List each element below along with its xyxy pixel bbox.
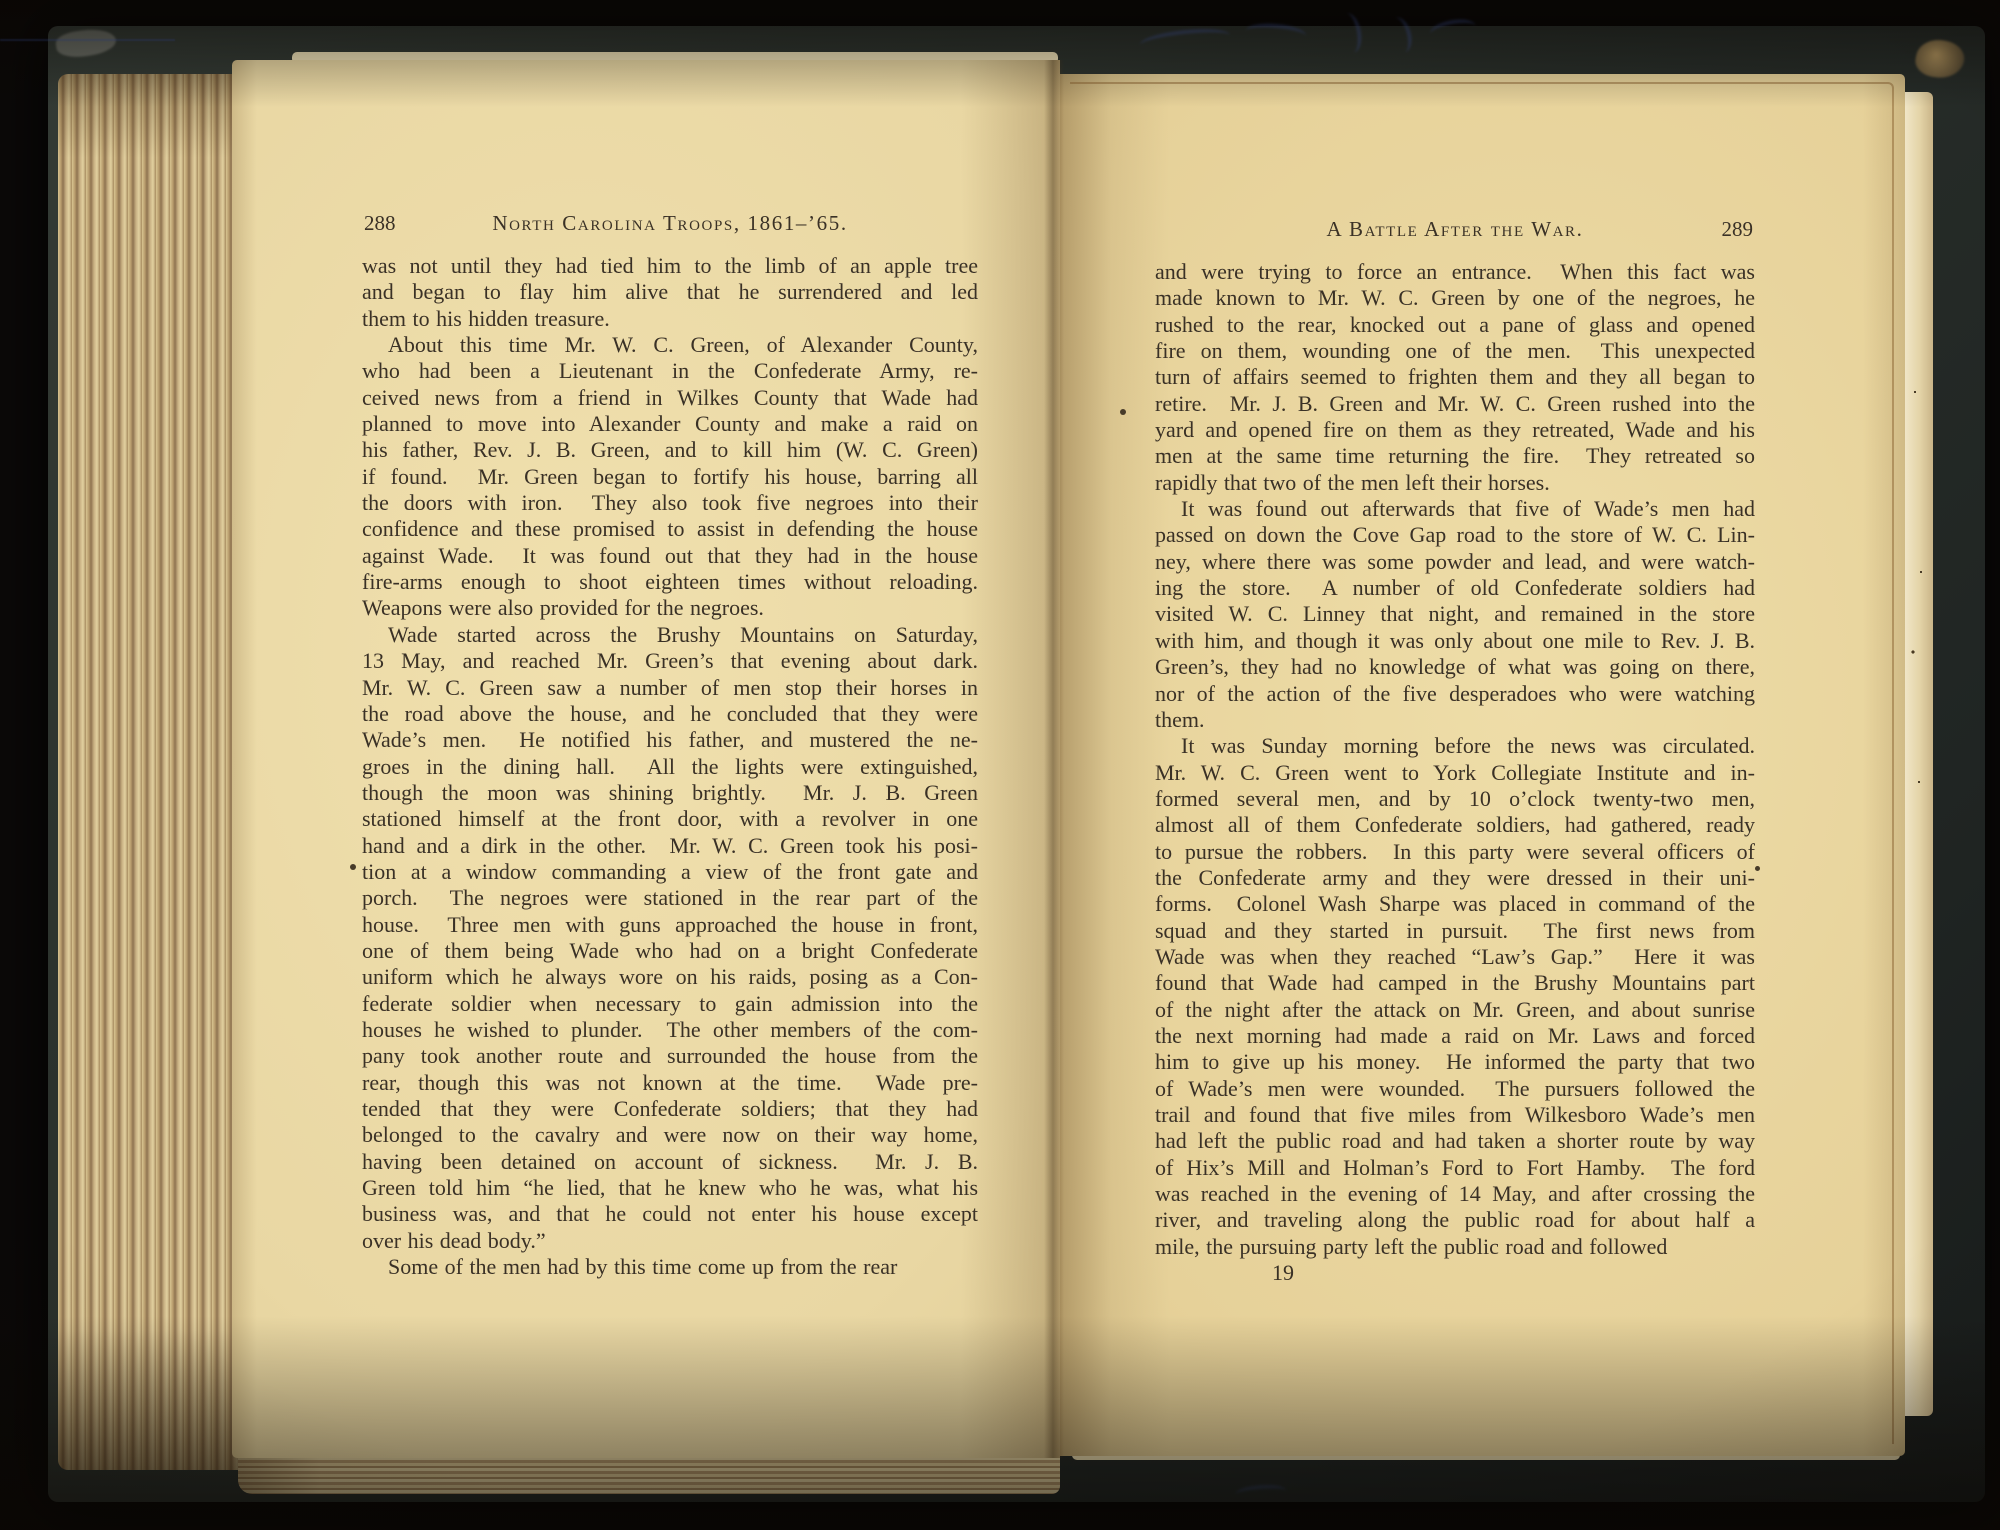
text-line: pany took another route and surrounded t…	[362, 1043, 978, 1069]
left-header-title: North Carolina Troops, 1861–’65.	[492, 211, 847, 235]
text-line: passed on down the Cove Gap road to the …	[1155, 522, 1755, 548]
left-page-text: 288 North Carolina Troops, 1861–’65. was…	[362, 210, 978, 1280]
text-line: federate soldier when necessary to gain …	[362, 991, 978, 1017]
text-line: the Confederate army and they were dress…	[1155, 865, 1755, 891]
ink-speck	[1755, 866, 1760, 871]
text-line: yard and opened fire on them as they ret…	[1155, 417, 1755, 443]
text-line: hand and a dirk in the other. Mr. W. C. …	[362, 833, 978, 859]
text-line: rear, though this was not known at the t…	[362, 1070, 978, 1096]
text-line: Some of the men had by this time come up…	[362, 1254, 978, 1280]
text-line: tended that they were Confederate soldie…	[362, 1096, 978, 1122]
text-line: one of them being Wade who had on a brig…	[362, 938, 978, 964]
text-line: with him, and though it was only about o…	[1155, 628, 1755, 654]
text-line: rapidly that two of the men left their h…	[1155, 470, 1755, 496]
text-line: found that Wade had camped in the Brushy…	[1155, 970, 1755, 996]
text-line: them.	[1155, 707, 1755, 733]
text-line: Mr. W. C. Green went to York Collegiate …	[1155, 760, 1755, 786]
text-line: confidence and these promised to assist …	[362, 516, 978, 542]
left-page-number: 288	[364, 210, 396, 236]
text-line: to pursue the robbers. In this party wer…	[1155, 839, 1755, 865]
ink-speck	[350, 864, 356, 870]
signature-mark: 19	[1155, 1260, 1755, 1286]
left-running-head: 288 North Carolina Troops, 1861–’65.	[362, 210, 978, 236]
text-line: of Wade’s men were wounded. The pursuers…	[1155, 1076, 1755, 1102]
left-page-body: was not until they had tied him to the l…	[362, 253, 978, 1280]
text-line: men at the same time returning the fire.…	[1155, 443, 1755, 469]
text-line: It was Sunday morning before the news wa…	[1155, 733, 1755, 759]
text-line: Weapons were also provided for the negro…	[362, 595, 978, 621]
text-line: Green’s, they had no knowledge of what w…	[1155, 654, 1755, 680]
text-line: tion at a window commanding a view of th…	[362, 859, 978, 885]
text-line: Mr. W. C. Green saw a number of men stop…	[362, 675, 978, 701]
text-line: was reached in the evening of 14 May, an…	[1155, 1181, 1755, 1207]
text-line: business was, and that he could not ente…	[362, 1201, 978, 1227]
text-line: river, and traveling along the public ro…	[1155, 1207, 1755, 1233]
right-page-text: A Battle After the War. 289 and were try…	[1155, 216, 1755, 1286]
text-line: the next morning had made a raid on Mr. …	[1155, 1023, 1755, 1049]
text-line: stationed himself at the front door, wit…	[362, 806, 978, 832]
text-line: ceived news from a friend in Wilkes Coun…	[362, 385, 978, 411]
text-line: squad and they started in pursuit. The f…	[1155, 918, 1755, 944]
book-photo: 288 North Carolina Troops, 1861–’65. was…	[0, 0, 2000, 1530]
text-line: against Wade. It was found out that they…	[362, 543, 978, 569]
text-line: Wade was when they reached “Law’s Gap.” …	[1155, 944, 1755, 970]
text-line: visited W. C. Linney that night, and rem…	[1155, 601, 1755, 627]
text-line: ing the store. A number of old Confedera…	[1155, 575, 1755, 601]
text-line: over his dead body.”	[362, 1228, 978, 1254]
text-line: turn of affairs seemed to frighten them …	[1155, 364, 1755, 390]
text-line: About this time Mr. W. C. Green, of Alex…	[362, 332, 978, 358]
page-edges-right	[1903, 92, 1933, 1416]
text-line: made known to Mr. W. C. Green by one of …	[1155, 285, 1755, 311]
text-line: Green told him “he lied, that he knew wh…	[362, 1175, 978, 1201]
text-line: houses he wished to plunder. The other m…	[362, 1017, 978, 1043]
page-edges-bottom	[238, 1452, 1060, 1494]
right-header-title: A Battle After the War.	[1327, 217, 1584, 241]
text-line: almost all of them Confederate soldiers,…	[1155, 812, 1755, 838]
text-line: porch. The negroes were stationed in the…	[362, 885, 978, 911]
blue-mark-top-left	[0, 39, 175, 41]
text-line: fire-arms enough to shoot eighteen times…	[362, 569, 978, 595]
text-line: planned to move into Alexander County an…	[362, 411, 978, 437]
text-line: house. Three men with guns approached th…	[362, 912, 978, 938]
text-line: and were trying to force an entrance. Wh…	[1155, 259, 1755, 285]
text-line: was not until they had tied him to the l…	[362, 253, 978, 279]
book-gutter-shadow	[1044, 60, 1064, 1458]
text-line: though the moon was shining brightly. Mr…	[362, 780, 978, 806]
text-line: who had been a Lieutenant in the Confede…	[362, 358, 978, 384]
text-line: fire on them, wounding one of the men. T…	[1155, 338, 1755, 364]
text-line: forms. Colonel Wash Sharpe was placed in…	[1155, 891, 1755, 917]
text-line: mile, the pursuing party left the public…	[1155, 1234, 1755, 1260]
page-edges-left	[58, 74, 240, 1470]
text-line: and began to flay him alive that he surr…	[362, 279, 978, 305]
text-line: them to his hidden treasure.	[362, 306, 978, 332]
text-line: It was found out afterwards that five of…	[1155, 496, 1755, 522]
text-line: had left the public road and had taken a…	[1155, 1128, 1755, 1154]
text-line: belonged to the cavalry and were now on …	[362, 1122, 978, 1148]
text-line: the doors with iron. They also took five…	[362, 490, 978, 516]
ink-speck	[1120, 409, 1126, 415]
text-line: formed several men, and by 10 o’clock tw…	[1155, 786, 1755, 812]
right-page-body: and were trying to force an entrance. Wh…	[1155, 259, 1755, 1260]
text-line: of Hix’s Mill and Holman’s Ford to Fort …	[1155, 1155, 1755, 1181]
text-line: uniform which he always wore on his raid…	[362, 964, 978, 990]
text-line: of the night after the attack on Mr. Gre…	[1155, 997, 1755, 1023]
text-line: retire. Mr. J. B. Green and Mr. W. C. Gr…	[1155, 391, 1755, 417]
right-page-number: 289	[1722, 216, 1754, 242]
text-line: nor of the action of the five desperadoe…	[1155, 681, 1755, 707]
text-line: his father, Rev. J. B. Green, and to kil…	[362, 437, 978, 463]
text-line: ney, where there was some powder and lea…	[1155, 549, 1755, 575]
right-running-head: A Battle After the War. 289	[1155, 216, 1755, 242]
text-line: if found. Mr. Green began to fortify his…	[362, 464, 978, 490]
text-line: trail and found that five miles from Wil…	[1155, 1102, 1755, 1128]
text-line: groes in the dining hall. All the lights…	[362, 754, 978, 780]
text-line: 13 May, and reached Mr. Green’s that eve…	[362, 648, 978, 674]
text-line: Wade’s men. He notified his father, and …	[362, 727, 978, 753]
text-line: having been detained on account of sickn…	[362, 1149, 978, 1175]
text-line: rushed to the rear, knocked out a pane o…	[1155, 312, 1755, 338]
text-line: the road above the house, and he conclud…	[362, 701, 978, 727]
text-line: him to give up his money. He informed th…	[1155, 1049, 1755, 1075]
text-line: Wade started across the Brushy Mountains…	[362, 622, 978, 648]
